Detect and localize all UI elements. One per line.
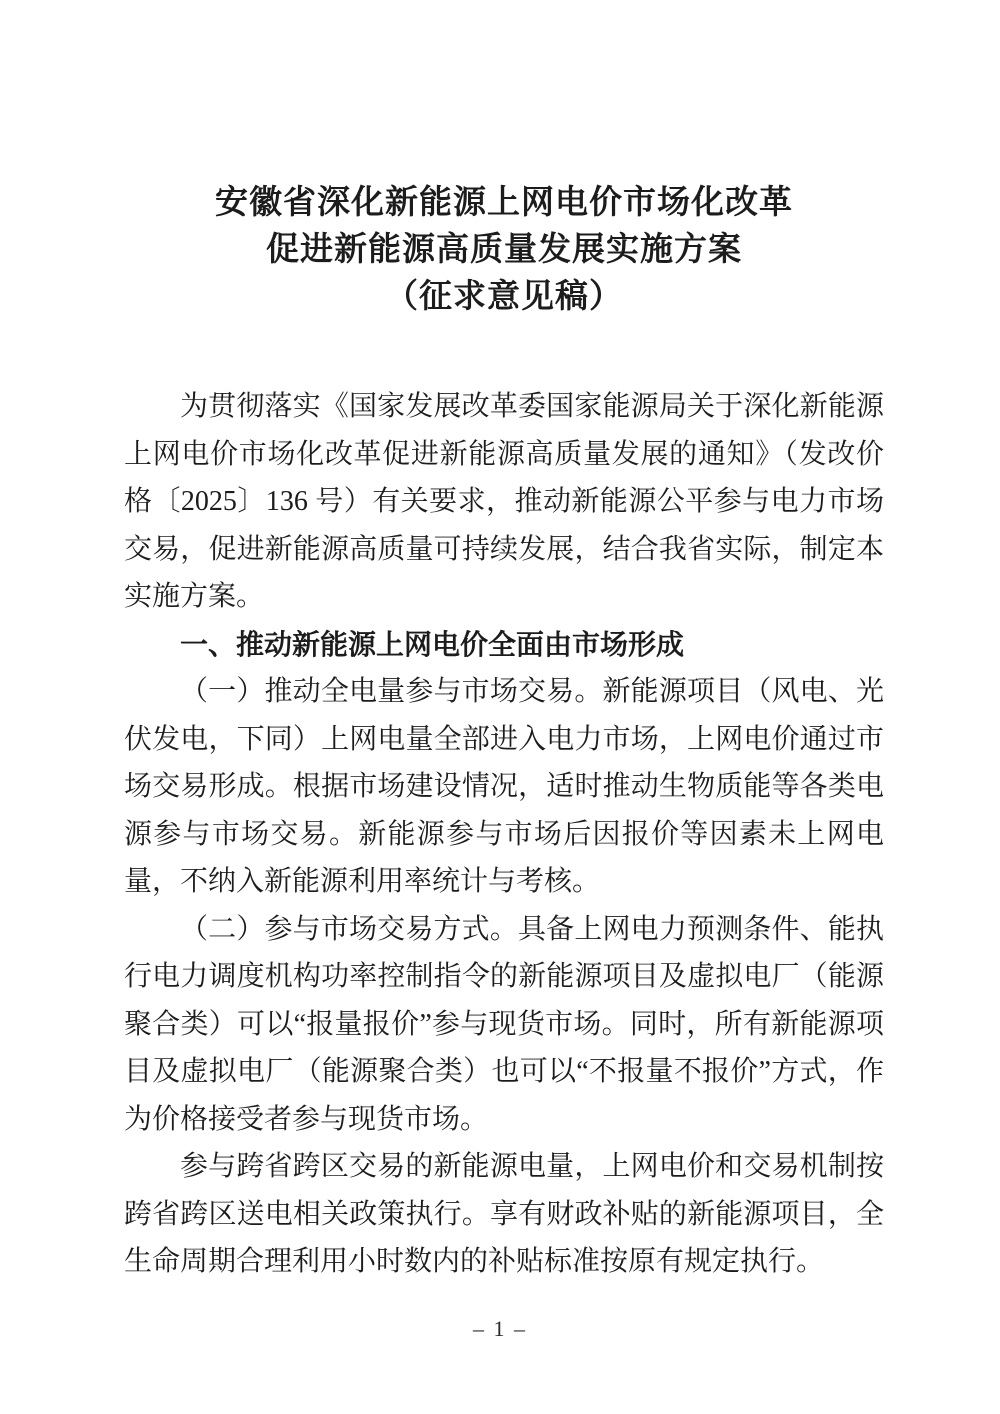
document-title-line-3: （征求意见稿）: [124, 272, 884, 319]
paragraph-intro: 为贯彻落实《国家发展改革委国家能源局关于深化新能源上网电价市场化改革促进新能源高…: [124, 383, 884, 621]
paragraph-cross-region: 参与跨省跨区交易的新能源电量，上网电价和交易机制按跨省跨区送电相关政策执行。享有…: [124, 1143, 884, 1286]
paragraph-item-2: （二）参与市场交易方式。具备上网电力预测条件、能执行电力调度机构功率控制指令的新…: [124, 906, 884, 1144]
paragraph-item-1: （一）推动全电量参与市场交易。新能源项目（风电、光伏发电，下同）上网电量全部进入…: [124, 668, 884, 906]
page-number: – 1 –: [0, 1316, 1000, 1342]
document-title-line-2: 促进新能源高质量发展实施方案: [124, 225, 884, 272]
page-content: 安徽省深化新能源上网电价市场化改革 促进新能源高质量发展实施方案 （征求意见稿）…: [0, 0, 1000, 1286]
document-body: 为贯彻落实《国家发展改革委国家能源局关于深化新能源上网电价市场化改革促进新能源高…: [124, 383, 884, 1286]
document-title-line-1: 安徽省深化新能源上网电价市场化改革: [124, 178, 884, 225]
section-heading-1: 一、推动新能源上网电价全面由市场形成: [124, 621, 884, 669]
document-title: 安徽省深化新能源上网电价市场化改革 促进新能源高质量发展实施方案 （征求意见稿）: [124, 178, 884, 319]
document-page: 安徽省深化新能源上网电价市场化改革 促进新能源高质量发展实施方案 （征求意见稿）…: [0, 0, 1000, 1414]
